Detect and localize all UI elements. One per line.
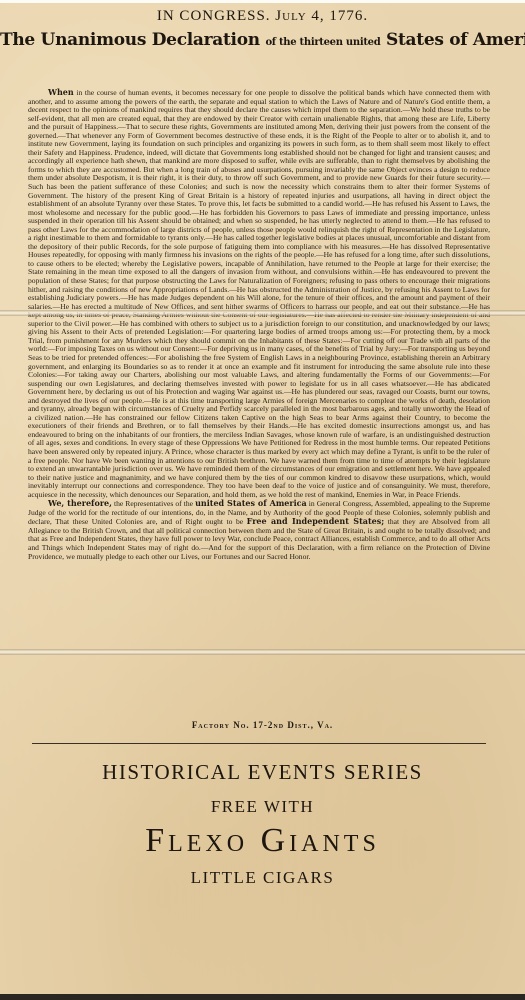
congress-date-text: IN CONGRESS. July 4, 1776. (157, 8, 368, 24)
free-with-text: FREE WITH (0, 797, 525, 817)
title-part-thirteen: of the thirteen united (265, 37, 380, 48)
fold-crease (0, 310, 525, 316)
title-part-states: States of America, (386, 30, 525, 50)
page-bottom-edge (0, 994, 525, 1000)
series-heading: HISTORICAL EVENTS SERIES (0, 760, 525, 785)
paragraph-2-free-states: Free and Independent States; (247, 516, 385, 526)
divider-rule (32, 743, 486, 744)
paragraph-1-lead: When (48, 87, 74, 97)
declaration-body: When in the course of human events, it b… (28, 88, 490, 561)
paragraph-2-united-states: united States of America (195, 498, 307, 508)
product-name: LITTLE CIGARS (0, 868, 525, 888)
paragraph-1: When in the course of human events, it b… (28, 88, 490, 499)
paragraph-2: We, therefore, the Representatives of th… (28, 499, 490, 561)
declaration-title: The Unanimous Declaration of the thirtee… (0, 30, 525, 50)
paragraph-1-text: in the course of human events, it become… (28, 88, 490, 499)
factory-label: Factory No. 17-2nd Dist., Va. (0, 720, 525, 730)
brand-name: Flexo Giants (0, 822, 525, 860)
fold-crease (0, 649, 525, 655)
paragraph-2-lead: We, therefore, (48, 498, 112, 508)
page-top-edge (0, 0, 525, 3)
congress-date-line: IN CONGRESS. July 4, 1776. (0, 8, 525, 25)
document-page: IN CONGRESS. July 4, 1776. The Unanimous… (0, 0, 525, 1000)
title-part-unanimous: The Unanimous Declaration (0, 30, 260, 50)
